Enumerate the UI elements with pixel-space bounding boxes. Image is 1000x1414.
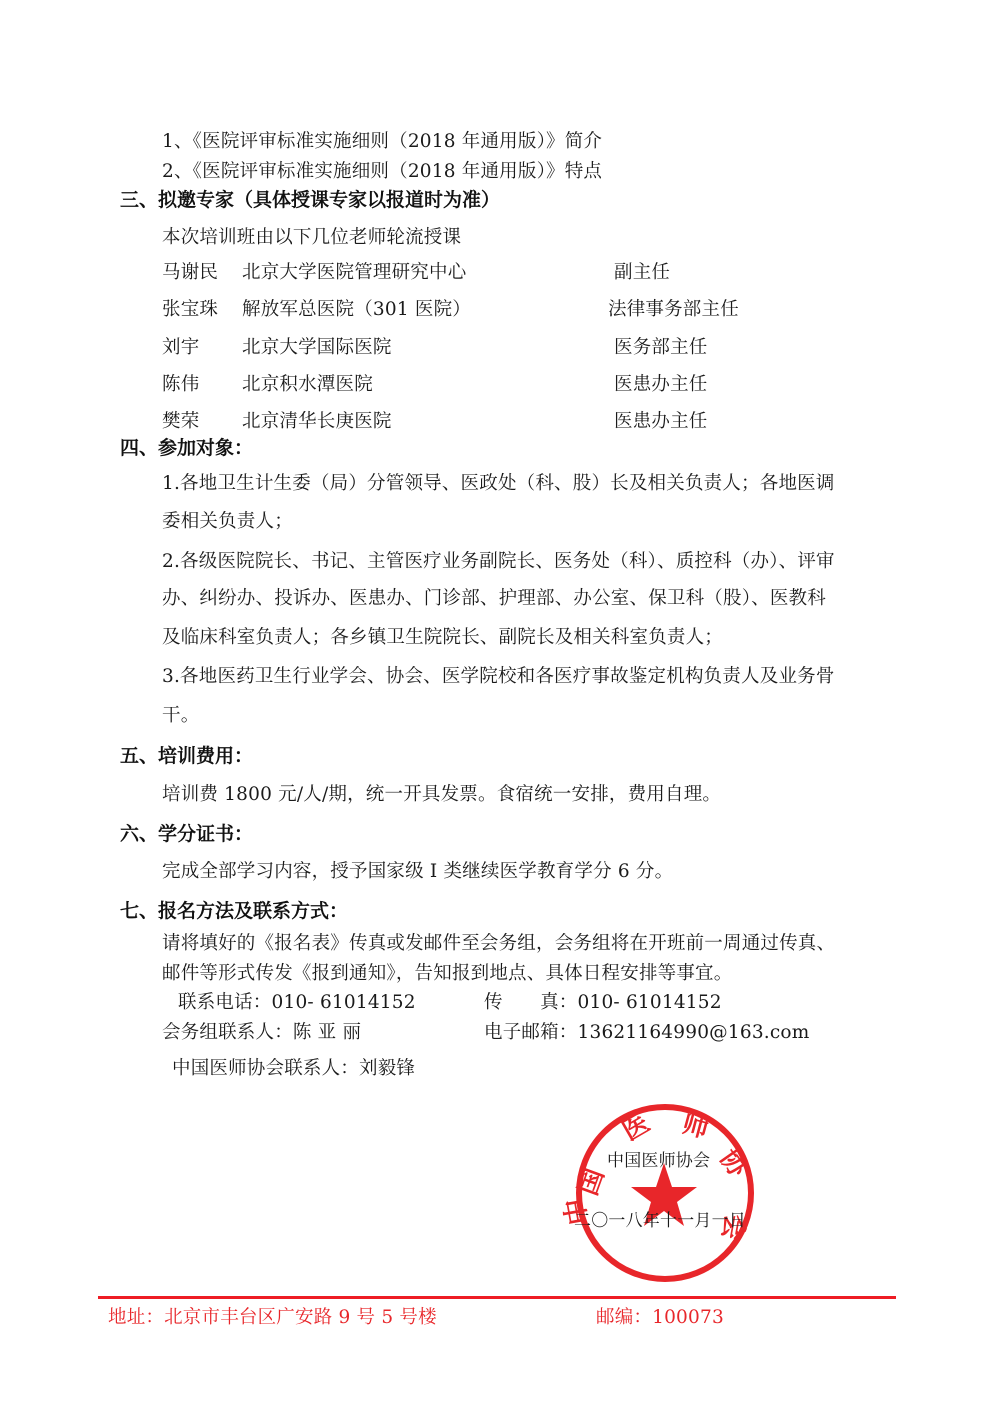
cma-contact: 中国医师协会联系人：刘毅锋 — [172, 1057, 415, 1081]
svg-text:师: 师 — [679, 1109, 712, 1145]
expert-org: 北京积水潭医院 — [242, 373, 373, 397]
intro-item-1: 1、《医院评审标准实施细则（2018 年通用版）》简介 — [162, 130, 602, 154]
svg-text:医: 医 — [618, 1108, 656, 1147]
expert-name: 刘宇 — [162, 336, 199, 360]
section-4-line: 办、纠纷办、投诉办、医患办、门诊部、护理部、办公室、保卫科（股）、医教科 — [162, 587, 826, 611]
section-4-line: 3.各地医药卫生行业学会、协会、医学院校和各医疗事故鉴定机构负责人及业务骨 — [162, 665, 835, 689]
contact-email[interactable]: 电子邮箱：13621164990@163.com — [484, 1021, 810, 1045]
expert-org: 解放军总医院（301 医院） — [242, 298, 471, 322]
official-seal-stamp: 国 医 师 协 会 中 — [545, 1075, 803, 1283]
expert-org: 北京大学医院管理研究中心 — [242, 261, 466, 285]
registration-line: 请将填好的《报名表》传真或发邮件至会务组，会务组将在开班前一周通过传真、 — [162, 932, 835, 956]
section-5-heading: 五、培训费用： — [120, 744, 253, 768]
section-3-heading: 三、拟邀专家（具体授课专家以报道时为准） — [120, 188, 500, 212]
footer-divider — [98, 1296, 896, 1299]
section-4-line: 及临床科室负责人；各乡镇卫生院院长、副院长及相关科室负责人； — [162, 626, 723, 650]
expert-title: 医患办主任 — [614, 373, 708, 397]
expert-org: 北京大学国际医院 — [242, 336, 392, 360]
section-4-line: 2.各级医院院长、书记、主管医疗业务副院长、医务处（科）、质控科（办）、评审 — [162, 550, 835, 574]
expert-name: 马谢民 — [162, 261, 218, 285]
section-3-intro: 本次培训班由以下几位老师轮流授课 — [162, 226, 461, 250]
expert-name: 陈伟 — [162, 373, 199, 397]
expert-title: 副主任 — [614, 261, 670, 285]
intro-item-2: 2、《医院评审标准实施细则（2018 年通用版）》特点 — [162, 160, 602, 184]
registration-line: 邮件等形式传发《报到通知》，告知报到地点、具体日程安排等事宜。 — [162, 962, 732, 986]
section-6-heading: 六、学分证书： — [120, 822, 253, 846]
expert-title: 法律事务部主任 — [608, 298, 739, 322]
signature-date: 二〇一八年十一月一日 — [574, 1209, 746, 1233]
contact-fax: 传 真：010- 61014152 — [484, 991, 722, 1015]
expert-name: 张宝珠 — [162, 298, 218, 322]
section-4-line: 委相关负责人； — [162, 510, 293, 534]
expert-org: 北京清华长庚医院 — [242, 410, 392, 434]
training-fee-text: 培训费 1800 元/人/期，统一开具发票。食宿统一安排，费用自理。 — [162, 783, 721, 807]
footer-address: 地址：北京市丰台区广安路 9 号 5 号楼 — [108, 1306, 437, 1330]
section-4-heading: 四、参加对象： — [120, 436, 253, 460]
section-7-heading: 七、报名方法及联系方式： — [120, 899, 348, 923]
footer-postcode: 邮编：100073 — [596, 1306, 724, 1330]
signature-org: 中国医师协会 — [607, 1149, 710, 1173]
expert-title: 医务部主任 — [614, 336, 708, 360]
section-4-line: 1.各地卫生计生委（局）分管领导、医政处（科、股）长及相关负责人；各地医调 — [162, 472, 835, 496]
credit-text: 完成全部学习内容，授予国家级 I 类继续医学教育学分 6 分。 — [162, 860, 673, 884]
contact-person: 会务组联系人：陈 亚 丽 — [162, 1021, 361, 1045]
contact-phone: 联系电话：010- 61014152 — [178, 991, 416, 1015]
expert-title: 医患办主任 — [614, 410, 708, 434]
section-4-line: 干。 — [162, 704, 199, 728]
expert-name: 樊荣 — [162, 410, 199, 434]
